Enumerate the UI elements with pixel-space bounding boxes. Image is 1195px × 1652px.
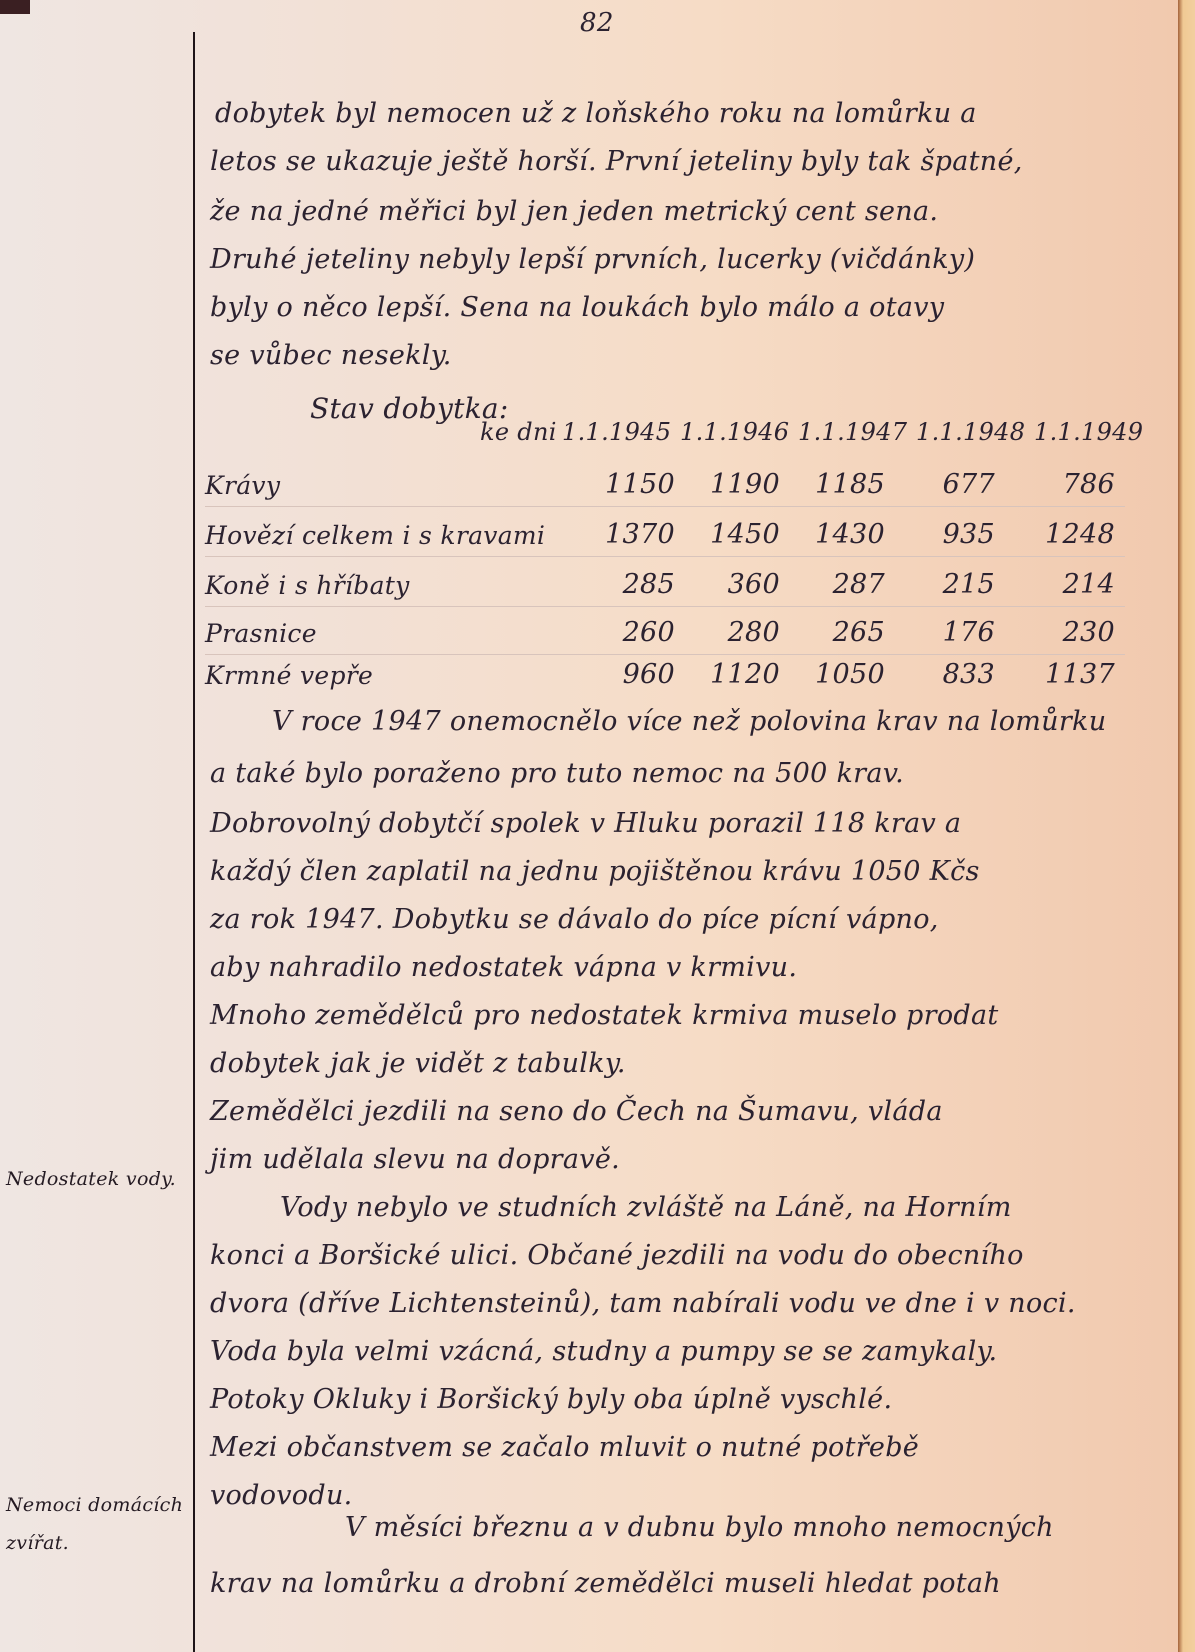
row-label: Prasnice <box>205 619 317 648</box>
table-row: Krmné vepře 960 1120 1050 833 1137 <box>205 646 1125 696</box>
text-line: V měsíci březnu a v dubnu bylo mnoho nem… <box>345 1512 1054 1543</box>
row-label: Hovězí celkem i s kravami <box>205 521 545 550</box>
text-line: dvora (dříve Lichtensteinů), tam nabíral… <box>210 1288 1076 1319</box>
row-label: Krávy <box>205 471 280 500</box>
cell-value: 1450 <box>680 519 780 550</box>
text-line: Mnoho zemědělců pro nedostatek krmiva mu… <box>210 1000 999 1031</box>
row-label: Krmné vepře <box>205 661 373 690</box>
table-row: Krávy 1150 1190 1185 677 786 <box>205 456 1125 507</box>
text-line: dobytek byl nemocen už z loňského roku n… <box>215 98 977 129</box>
text-line: konci a Boršické ulici. Občané jezdili n… <box>210 1240 1024 1271</box>
text-line: Druhé jeteliny nebyly lepší prvních, luc… <box>210 244 975 275</box>
text-line: jim udělala slevu na dopravě. <box>210 1144 620 1175</box>
text-line: V roce 1947 onemocnělo více než polovina… <box>272 706 1106 737</box>
cell-value: 1370 <box>575 519 675 550</box>
text-line: každý člen zaplatil na jednu pojištěnou … <box>210 856 980 887</box>
page-edge <box>1178 0 1195 1652</box>
text-line: a také bylo poraženo pro tuto nemoc na 5… <box>210 758 904 789</box>
text-line: aby nahradilo nedostatek vápna v krmivu. <box>210 952 797 983</box>
cell-value: 1248 <box>1015 519 1115 550</box>
margin-note-disease-cont: zvířat. <box>6 1532 69 1554</box>
text-line: Zemědělci jezdili na seno do Čech na Šum… <box>210 1096 943 1127</box>
cell-value: 230 <box>1015 617 1115 648</box>
text-line: krav na lomůrku a drobní zemědělci musel… <box>210 1568 1001 1599</box>
text-line: za rok 1947. Dobytku se dávalo do píce p… <box>210 904 939 935</box>
cell-value: 287 <box>785 569 885 600</box>
column-header: 1.1.1946 <box>680 418 798 446</box>
cell-value: 214 <box>1015 569 1115 600</box>
text-line: dobytek jak je vidět z tabulky. <box>210 1048 626 1079</box>
cell-value: 786 <box>1015 469 1115 500</box>
text-line: že na jedné měřici byl jen jeden metrick… <box>210 196 938 227</box>
cell-value: 1150 <box>575 469 675 500</box>
margin-note-disease: Nemoci domácích <box>6 1494 183 1516</box>
text-line: letos se ukazuje ještě horší. První jete… <box>210 146 1023 177</box>
text-line: Vody nebylo ve studních zvláště na Láně,… <box>280 1192 1012 1223</box>
cell-value: 215 <box>895 569 995 600</box>
column-header: 1.1.1949 <box>1034 418 1152 446</box>
cell-value: 265 <box>785 617 885 648</box>
cell-value: 1190 <box>680 469 780 500</box>
header-prefix: ke dni <box>480 418 562 446</box>
text-line: Mezi občanstvem se začalo mluvit o nutné… <box>210 1432 919 1463</box>
cell-value: 260 <box>575 617 675 648</box>
table-row: Hovězí celkem i s kravami 1370 1450 1430… <box>205 506 1125 557</box>
cell-value: 280 <box>680 617 780 648</box>
row-label: Koně i s hříbaty <box>205 571 410 600</box>
text-line: se vůbec nesekly. <box>210 340 452 371</box>
cell-value: 176 <box>895 617 995 648</box>
cell-value: 1430 <box>785 519 885 550</box>
table-heading: Stav dobytka: <box>310 392 509 425</box>
cell-value: 960 <box>575 659 675 690</box>
column-header: 1.1.1945 <box>562 418 680 446</box>
cell-value: 1185 <box>785 469 885 500</box>
text-line: Voda byla velmi vzácná, studny a pumpy s… <box>210 1336 997 1367</box>
text-line: vodovodu. <box>210 1480 353 1511</box>
cell-value: 1137 <box>1015 659 1115 690</box>
margin-rule <box>193 32 195 1652</box>
text-line: byly o něco lepší. Sena na loukách bylo … <box>210 292 944 323</box>
cell-value: 1120 <box>680 659 780 690</box>
cell-value: 833 <box>895 659 995 690</box>
table-row: Koně i s hříbaty 285 360 287 215 214 <box>205 556 1125 607</box>
cell-value: 677 <box>895 469 995 500</box>
text-line: Potoky Okluky i Boršický byly oba úplně … <box>210 1384 892 1415</box>
cell-value: 285 <box>575 569 675 600</box>
text-line: Dobrovolný dobytčí spolek v Hluku porazi… <box>210 808 961 839</box>
table-header-row: ke dni1.1.19451.1.19461.1.19471.1.19481.… <box>480 418 1152 446</box>
column-header: 1.1.1948 <box>916 418 1034 446</box>
margin-note-water: Nedostatek vody. <box>6 1168 176 1190</box>
cell-value: 360 <box>680 569 780 600</box>
page-corner <box>0 0 30 14</box>
page-number: 82 <box>580 8 614 38</box>
column-header: 1.1.1947 <box>798 418 916 446</box>
cell-value: 1050 <box>785 659 885 690</box>
cell-value: 935 <box>895 519 995 550</box>
